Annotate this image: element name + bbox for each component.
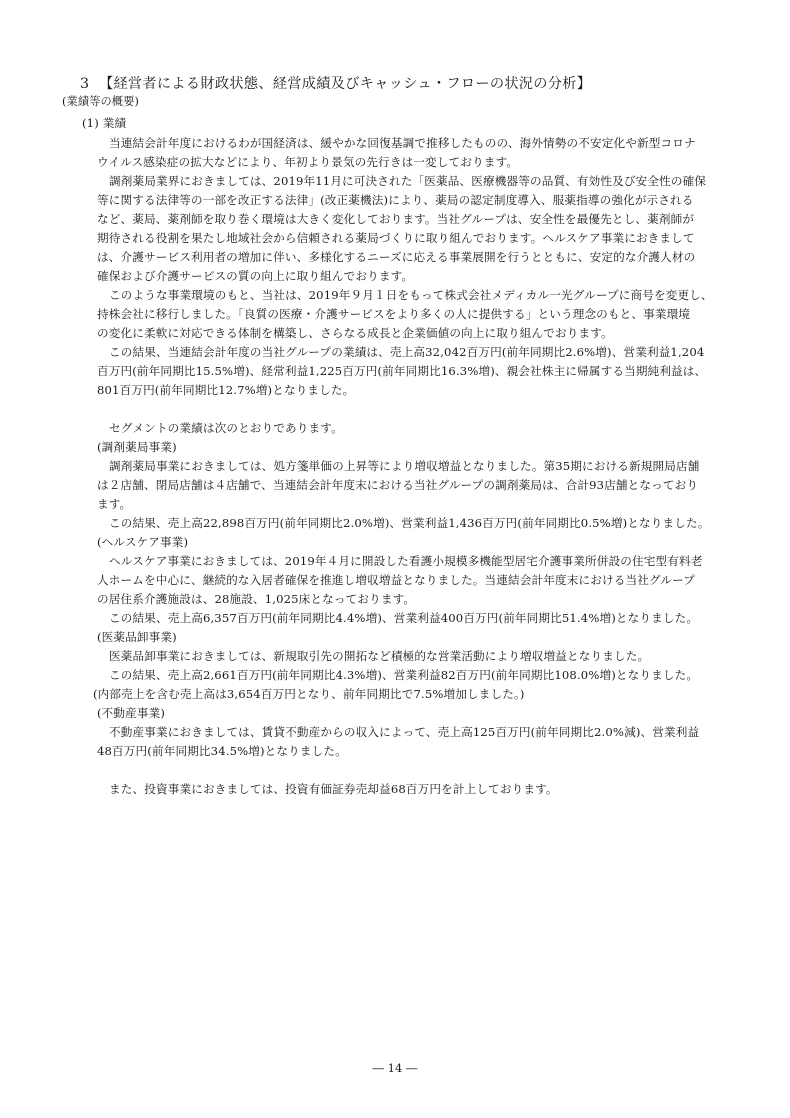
paragraph-line: 人ホームを中心に、継続的な入居者確保を推進し増収増益となりました。当連結会計年度… [97,573,695,587]
paragraph-line: この結果、当連結会計年度の当社グループの業績は、売上高32,042百万円(前年同… [109,345,704,359]
paragraph-line: 持株会社に移行しました。「良質の医療・介護サービスをより多くの人に提供する」とい… [97,307,690,321]
paragraph-line: 確保および介護サービスの質の向上に取り組んでおります。 [97,269,413,283]
paragraph-line: この結果、売上高6,357百万円(前年同期比4.4%増)、営業利益400百万円(… [109,611,698,625]
document-page: 3 【経営者による財政状態、経営成績及びキャッシュ・フローの状況の分析】 (業績… [0,0,790,1118]
segment-heading-pharmacy: (調剤薬局事業) [97,440,177,454]
paragraph-line: 不動産事業におきましては、賃貸不動産からの収入によって、売上高125百万円(前年… [109,725,699,739]
segment-heading-healthcare: (ヘルスケア事業) [97,535,188,549]
segment-heading-real-estate: (不動産事業) [97,706,165,720]
paragraph-line: 期待される役割を果たし地域社会から信頼される薬局づくりに取り組んでおります。ヘル… [97,231,695,245]
paragraph-line: 48百万円(前年同期比34.5%増)となりました。 [97,744,347,758]
subheading: (業績等の概要) [62,95,139,109]
paragraph-line: この結果、売上高2,661百万円(前年同期比4.3%増)、営業利益82百万円(前… [109,668,698,682]
section-title: 【経営者による財政状態、経営成績及びキャッシュ・フローの状況の分析】 [99,76,591,92]
paragraph-line: このような事業環境のもと、当社は、2019年９月１日をもって株式会社メディカル一… [109,288,713,302]
page-number: ― 14 ― [0,1061,790,1075]
paragraph-line: 等に関する法律等の一部を改正する法律」(改正薬機法)により、薬局の認定制度導入、… [97,193,694,207]
paragraph-line: の居住系介護施設は、28施設、1,025床となっております。 [97,592,415,606]
paragraph-line: 調剤薬局事業におきましては、処方箋単価の上昇等により増収増益となりました。第35… [109,459,700,473]
paragraph-line: 当連結会計年度におけるわが国経済は、緩やかな回復基調で推移したものの、海外情勢の… [109,136,696,150]
section-number: 3 [80,76,89,92]
segments-intro: セグメントの業績は次のとおりであります。 [109,421,343,435]
segment-heading-wholesale: (医薬品卸事業) [97,630,177,644]
paragraph-line: ヘルスケア事業におきましては、2019年４月に開設した看護小規模多機能型居宅介護… [109,554,702,568]
paragraph-line: の変化に柔軟に対応できる体制を構築し、さらなる成長と企業価値の向上に取り組んでお… [97,326,613,340]
paragraph-line: 医薬品卸事業におきましては、新規取引先の開拓など積極的な営業活動により増収増益と… [109,649,649,663]
paragraph-line: 百万円(前年同期比15.5%増)、経常利益1,225百万円(前年同期比16.3%… [97,364,706,378]
item-title: 業績 [103,116,127,130]
paragraph-line: (内部売上を含む売上高は3,654百万円となり、前年同期比で7.5%増加しました… [93,687,525,701]
paragraph-line: は、介護サービス利用者の増加に伴い、多様化するニーズに応える事業展開を行うととも… [97,250,695,264]
item-number: (1) [82,116,99,130]
paragraph-line: は２店舗、閉局店舗は４店舗で、当連結会計年度末における当社グループの調剤薬局は、… [97,478,698,492]
investment-note: また、投資事業におきましては、投資有価証券売却益68百万円を計上しております。 [109,782,558,796]
paragraph-line: など、薬局、薬剤師を取り巻く環境は大きく変化しております。当社グループは、安全性… [97,212,694,226]
paragraph-line: ます。 [97,497,131,511]
item-heading: (1) 業績 [82,116,126,130]
paragraph-line: 801百万円(前年同期比12.7%増)となりました。 [97,383,354,397]
paragraph-line: この結果、売上高22,898百万円(前年同期比2.0%増)、営業利益1,436百… [109,516,709,530]
section-heading: 3 【経営者による財政状態、経営成績及びキャッシュ・フローの状況の分析】 [80,75,591,93]
paragraph-line: 調剤薬局業界におきましては、2019年11月に可決された「医薬品、医療機器等の品… [109,174,706,188]
paragraph-line: ウイルス感染症の拡大などにより、年初より景気の先行きは一変しております。 [97,155,518,169]
